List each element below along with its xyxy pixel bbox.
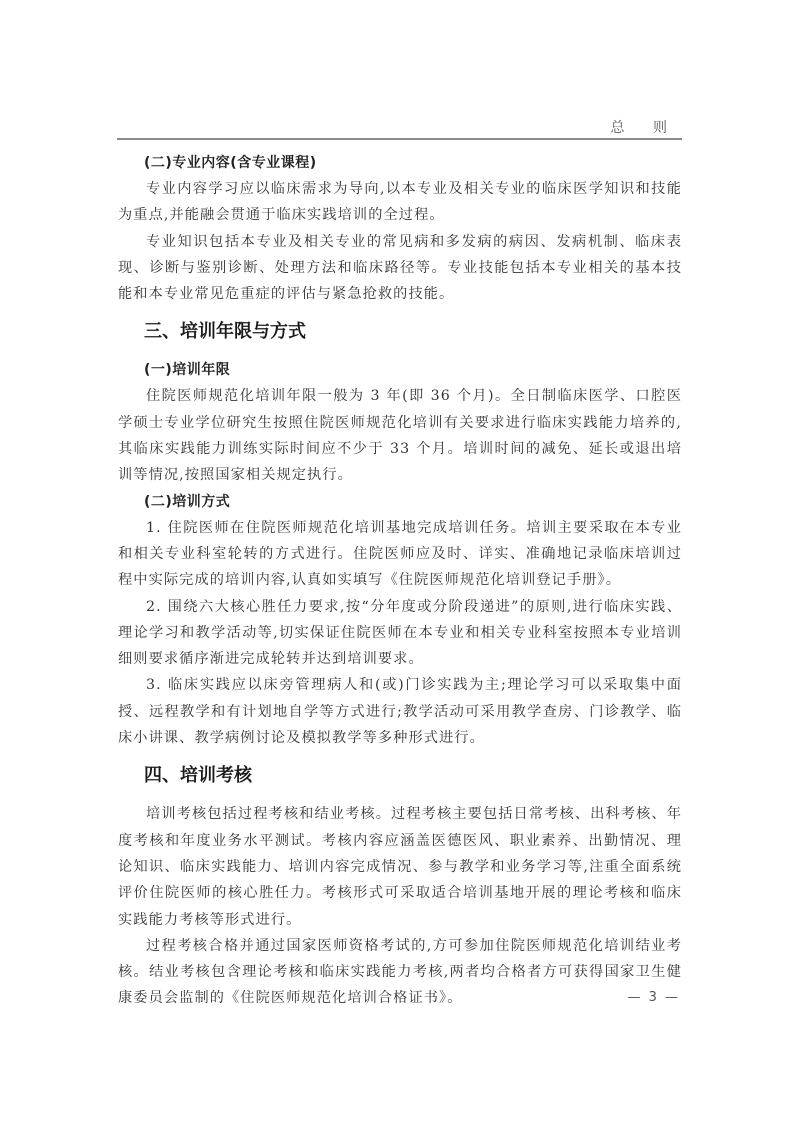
document-page: 总 则 (二)专业内容(含专业课程) 专业内容学习应以临床需求为导向,以本专业及… xyxy=(0,0,800,1131)
paragraph: 2. 围绕六大核心胜任力要求,按“分年度或分阶段递进”的原则,进行临床实践、理论… xyxy=(118,594,682,673)
subsection-heading-professional-content: (二)专业内容(含专业课程) xyxy=(144,150,682,176)
paragraph: 专业知识包括本专业及相关专业的常见病和多发病的病因、发病机制、临床表现、诊断与鉴… xyxy=(118,229,682,308)
paragraph: 过程考核合格并通过国家医师资格考试的,方可参加住院医师规范化培训结业考核。结业考… xyxy=(118,933,682,1012)
page-number: — 3 — xyxy=(627,990,680,1005)
subsection-heading-method: (二)培训方式 xyxy=(144,489,682,515)
subsection-heading-duration: (一)培训年限 xyxy=(144,357,682,383)
paragraph: 1. 住院医师在住院医师规范化培训基地完成培训任务。培训主要采取在本专业和相关专… xyxy=(118,515,682,594)
section-heading-assessment: 四、培训考核 xyxy=(144,759,682,793)
section-heading-duration-and-method: 三、培训年限与方式 xyxy=(144,315,682,349)
paragraph: 专业内容学习应以临床需求为导向,以本专业及相关专业的临床医学知识和技能为重点,并… xyxy=(118,176,682,229)
paragraph: 培训考核包括过程考核和结业考核。过程考核主要包括日常考核、出科考核、年度考核和年… xyxy=(118,801,682,932)
running-head: 总 则 xyxy=(611,117,679,137)
page-content: (二)专业内容(含专业课程) 专业内容学习应以临床需求为导向,以本专业及相关专业… xyxy=(118,150,682,1012)
paragraph: 3. 临床实践应以床旁管理病人和(或)门诊实践为主;理论学习可以采取集中面授、远… xyxy=(118,672,682,751)
paragraph: 住院医师规范化培训年限一般为 3 年(即 36 个月)。全日制临床医学、口腔医学… xyxy=(118,383,682,488)
header-rule xyxy=(117,138,682,140)
